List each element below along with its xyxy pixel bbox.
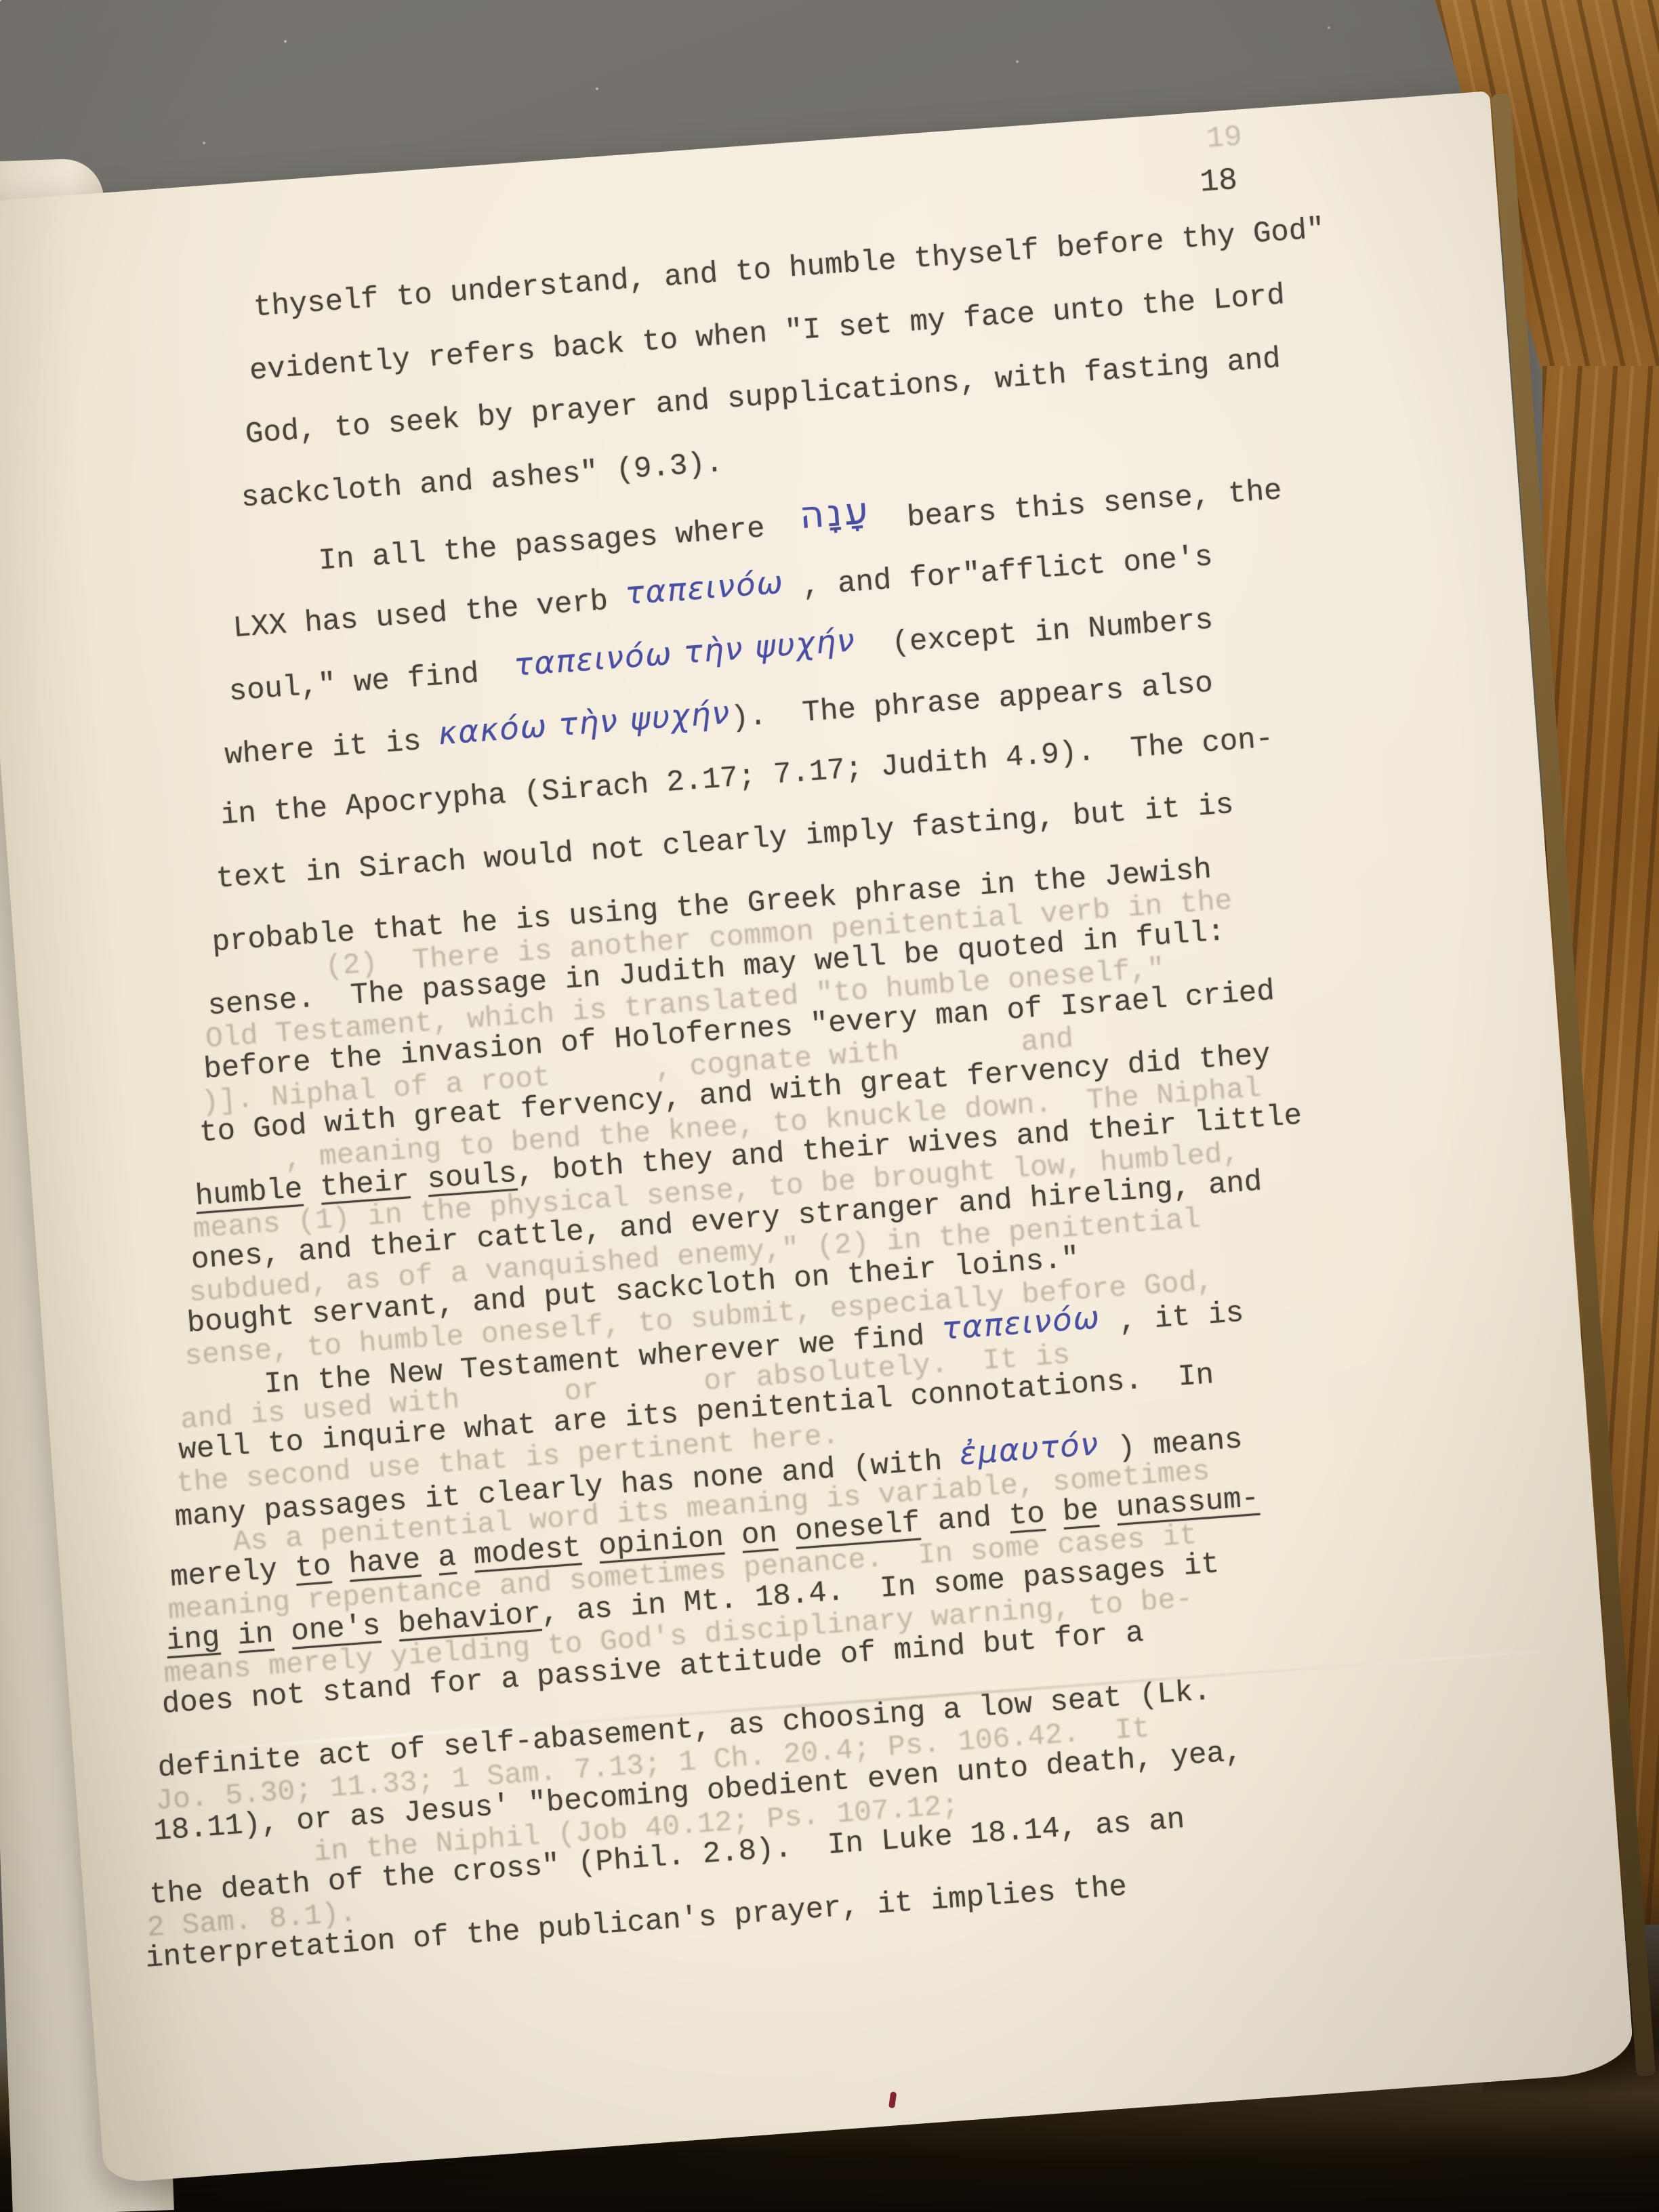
cover-dust-speckles — [0, 0, 1, 1]
manuscript-page: 19 18 thyself to understand, and to humb… — [0, 91, 1635, 2184]
greek-ink-annotation: κακόω τὴν ψυχήν — [437, 694, 732, 752]
bleedthrough-page-number: 19 — [1205, 120, 1243, 157]
greek-ink-annotation: ταπεινόω — [624, 563, 785, 611]
typed-text-block: thyself to understand, and to humble thy… — [251, 192, 1525, 1974]
typed-text: soul," we find — [228, 655, 516, 710]
typed-text: where it is — [224, 723, 441, 773]
red-ink-speck — [888, 2091, 897, 2108]
page-number: 18 — [1199, 163, 1239, 201]
hebrew-ink-annotation: עָנָה — [798, 489, 872, 537]
photo-of-typewritten-manuscript: -12 19 18 thyself to understand, and to … — [0, 0, 1659, 2212]
